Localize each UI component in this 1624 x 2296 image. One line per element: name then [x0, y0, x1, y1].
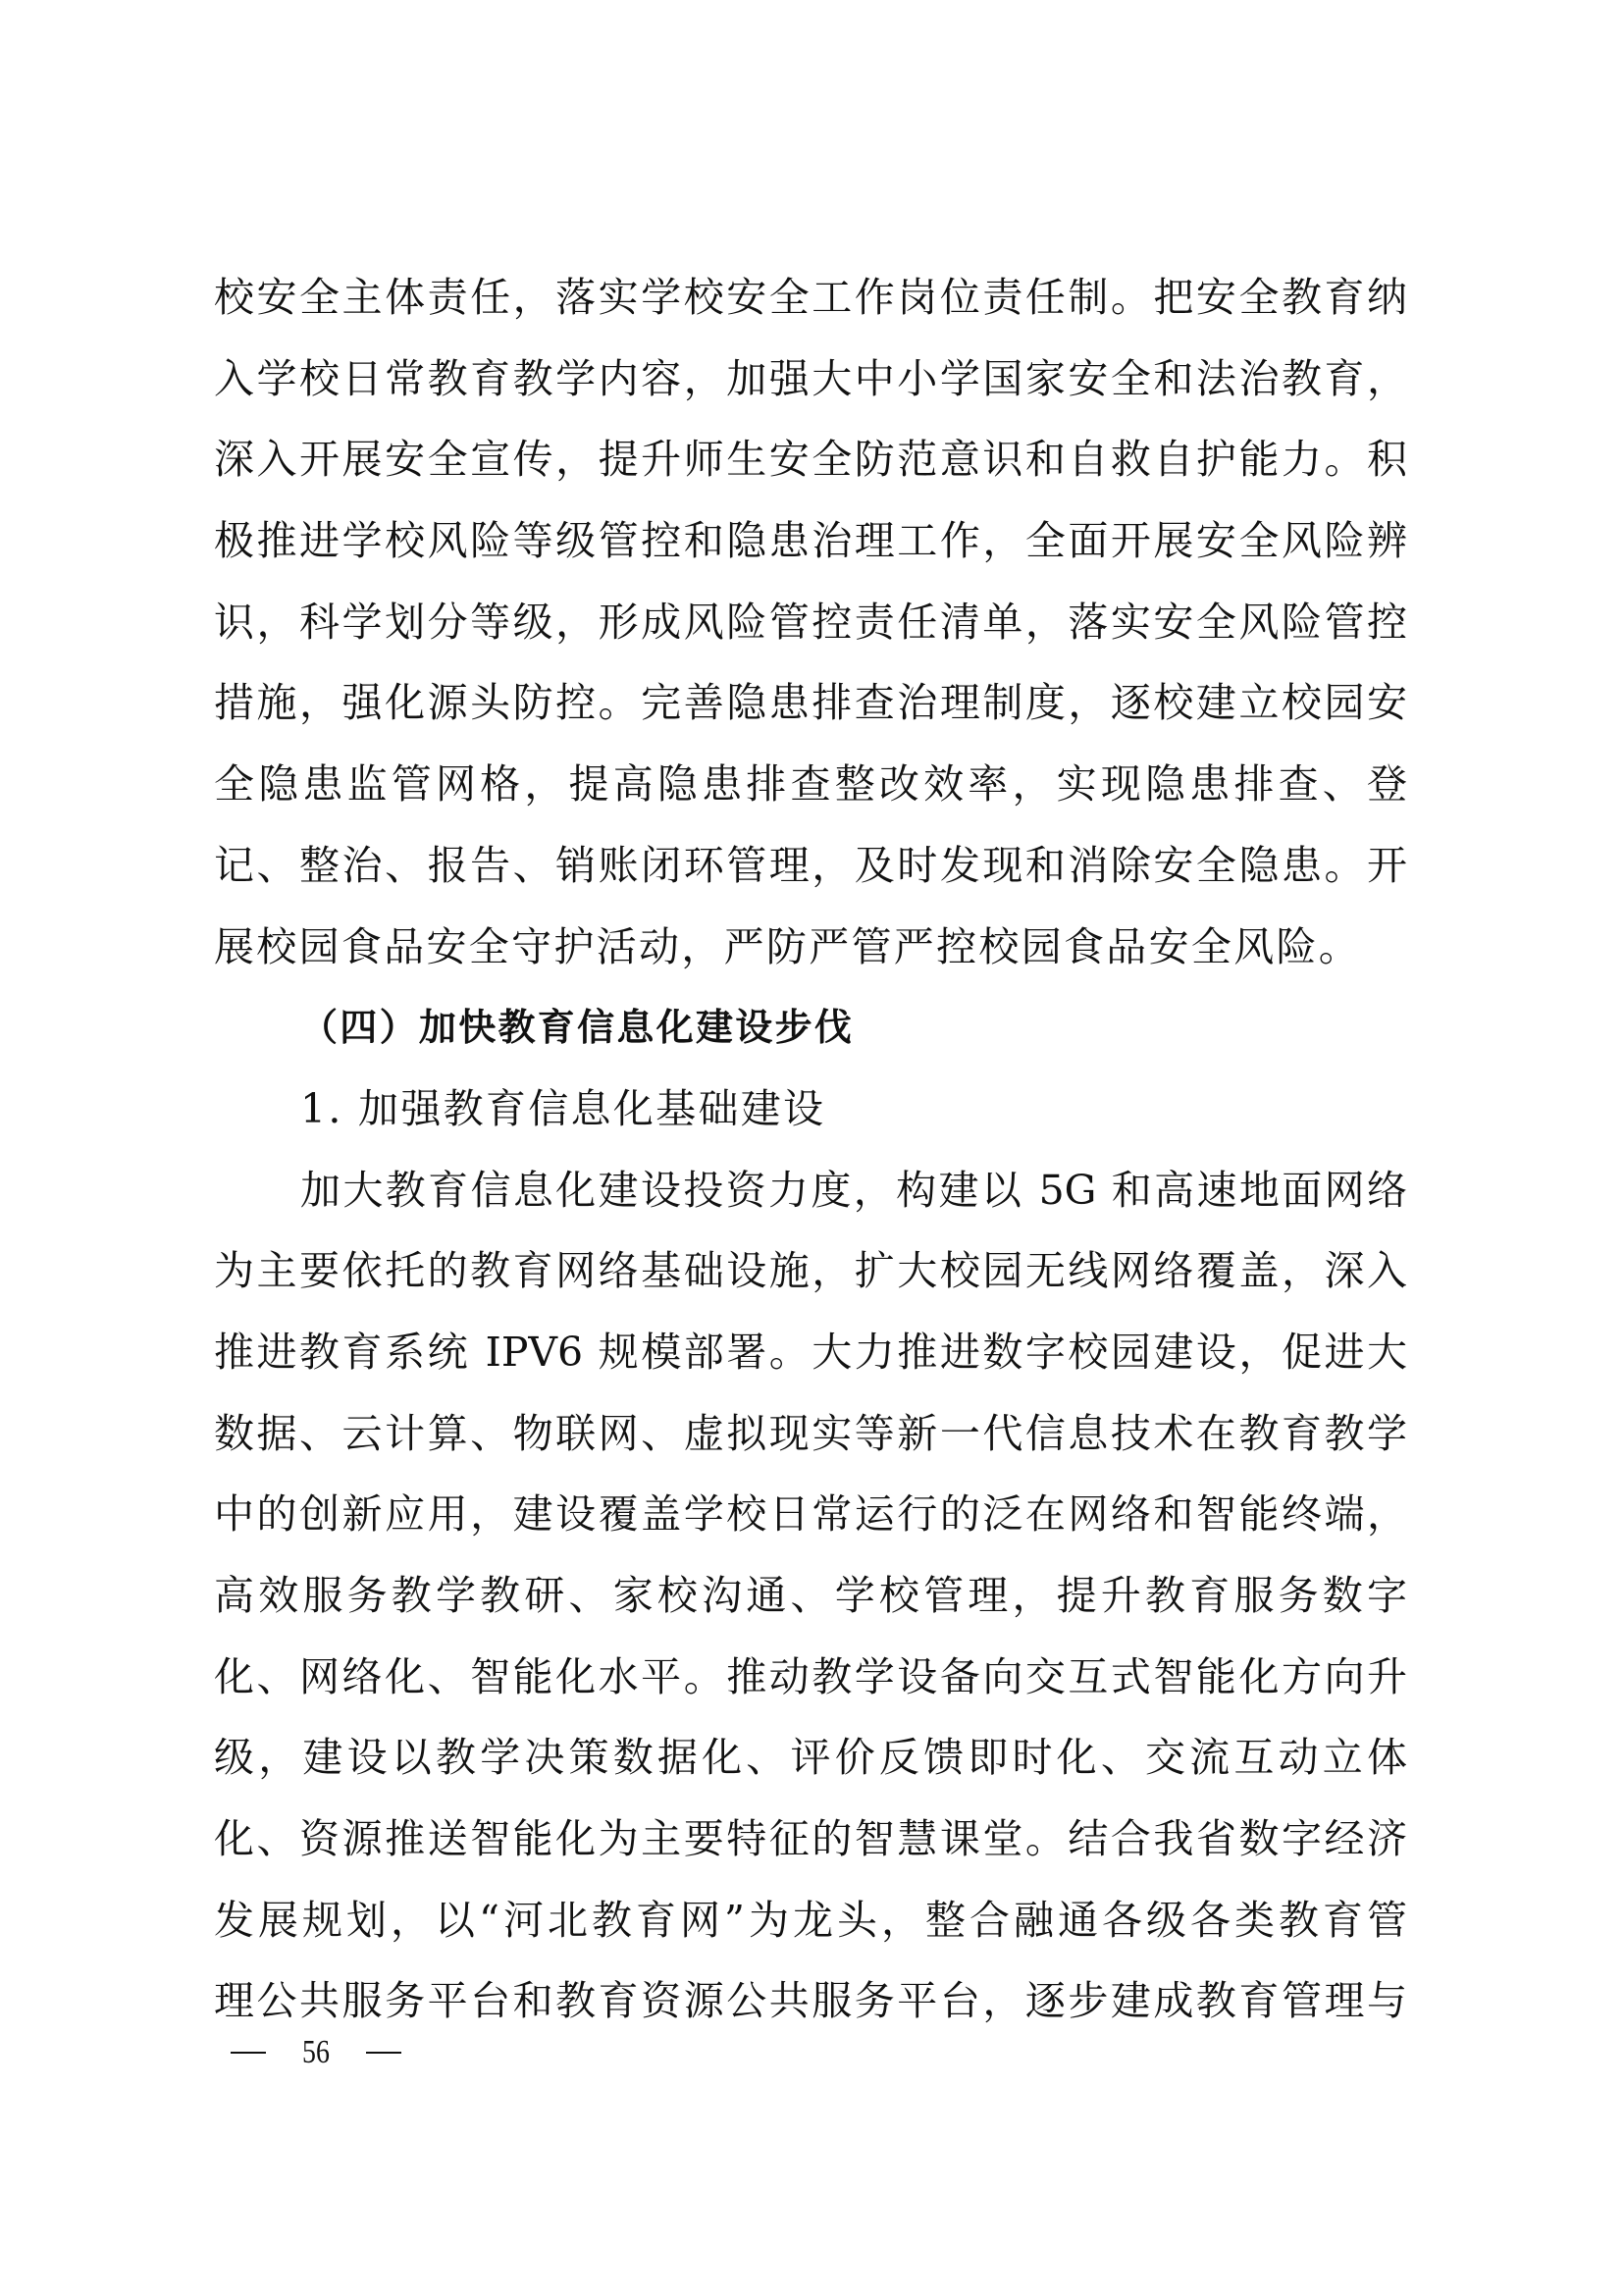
text-line: 推进教育系统 IPV6 规模部署。大力推进数字校园建设，促进大 [214, 1312, 1407, 1393]
section-heading: （四）加快教育信息化建设步伐 [214, 987, 1407, 1069]
document-page: 校安全主体责任，落实学校安全工作岗位责任制。把安全教育纳 入学校日常教育教学内容… [0, 0, 1624, 2296]
text-line: 为主要依托的教育网络基础设施，扩大校园无线网络覆盖，深入 [214, 1230, 1407, 1312]
text-line-paragraph-start: 加大教育信息化建设投资力度，构建以 5G 和高速地面网络 [214, 1150, 1407, 1231]
text-line: 极推进学校风险等级管控和隐患治理工作，全面开展安全风险辨 [214, 500, 1407, 582]
text-line: 数据、云计算、物联网、虚拟现实等新一代信息技术在教育教学 [214, 1393, 1407, 1475]
subsection-heading: 1. 加强教育信息化基础建设 [214, 1069, 1407, 1150]
text-line: 校安全主体责任，落实学校安全工作岗位责任制。把安全教育纳 [214, 257, 1407, 339]
text-line: 化、网络化、智能化水平。推动教学设备向交互式智能化方向升 [214, 1637, 1407, 1718]
text-line: 级，建设以教学决策数据化、评价反馈即时化、交流互动立体 [214, 1717, 1407, 1799]
page-number: 56 [302, 2033, 330, 2072]
text-line-paragraph-end: 展校园食品安全守护活动，严防严管严控校园食品安全风险。 [214, 907, 1407, 988]
text-line: 高效服务教学教研、家校沟通、学校管理，提升教育服务数字 [214, 1555, 1407, 1637]
right-dash [366, 2052, 401, 2054]
text-line: 措施，强化源头防控。完善隐患排查治理制度，逐校建立校园安 [214, 662, 1407, 744]
left-dash [231, 2052, 266, 2054]
page-number-footer: 56 [231, 2033, 401, 2072]
body-text: 校安全主体责任，落实学校安全工作岗位责任制。把安全教育纳 入学校日常教育教学内容… [214, 257, 1407, 2042]
text-line: 中的创新应用，建设覆盖学校日常运行的泛在网络和智能终端， [214, 1474, 1407, 1555]
text-line: 入学校日常教育教学内容，加强大中小学国家安全和法治教育， [214, 339, 1407, 420]
text-line: 发展规划，以“河北教育网”为龙头，整合融通各级各类教育管 [214, 1880, 1407, 1961]
text-line: 化、资源推送智能化为主要特征的智慧课堂。结合我省数字经济 [214, 1799, 1407, 1880]
text-line: 全隐患监管网格，提高隐患排查整改效率，实现隐患排查、登 [214, 744, 1407, 825]
text-line: 记、整治、报告、销账闭环管理，及时发现和消除安全隐患。开 [214, 825, 1407, 907]
text-line: 深入开展安全宣传，提升师生安全防范意识和自救自护能力。积 [214, 419, 1407, 500]
text-line: 识，科学划分等级，形成风险管控责任清单，落实安全风险管控 [214, 582, 1407, 663]
text-line: 理公共服务平台和教育资源公共服务平台，逐步建成教育管理与 [214, 1960, 1407, 2042]
